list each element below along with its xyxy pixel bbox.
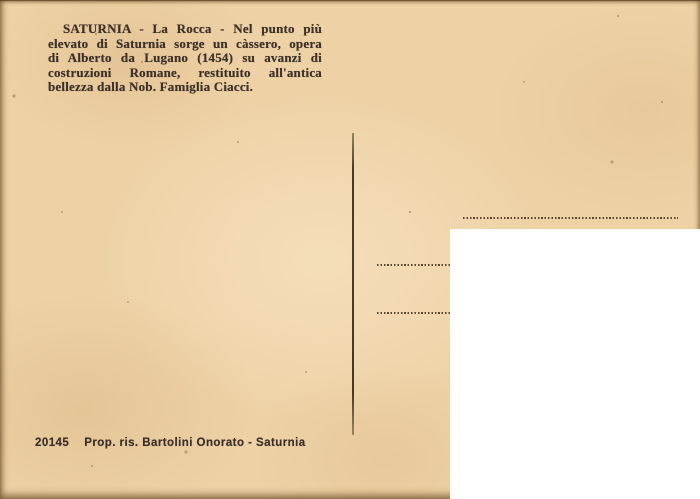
address-dotted-line-middle — [377, 264, 450, 266]
postcard-back: SATURNIA - La Rocca - Nel punto più elev… — [0, 0, 700, 499]
white-patch — [450, 229, 700, 499]
caption-line: SATURNIA - La Rocca - Nel punto più — [48, 22, 322, 37]
publisher-imprint: 20145Prop. ris. Bartolini Onorato - Satu… — [35, 437, 306, 449]
address-dotted-line-top — [463, 217, 678, 219]
caption-text: SATURNIA - La Rocca - Nel punto più elev… — [48, 22, 322, 95]
caption-line: di Alberto da Lugano (1454) su avanzi di — [48, 51, 322, 66]
publisher-text: Prop. ris. Bartolini Onorato - Saturnia — [84, 437, 305, 449]
address-dotted-line-bottom — [377, 312, 450, 314]
divider-line — [352, 133, 354, 435]
caption-line: elevato di Saturnia sorge un càssero, op… — [48, 37, 322, 52]
caption-line: costruzioni Romane, restituito all'antic… — [48, 66, 322, 81]
caption-line: bellezza dalla Nob. Famiglia Ciacci. — [48, 80, 322, 95]
serial-number: 20145 — [35, 437, 69, 449]
